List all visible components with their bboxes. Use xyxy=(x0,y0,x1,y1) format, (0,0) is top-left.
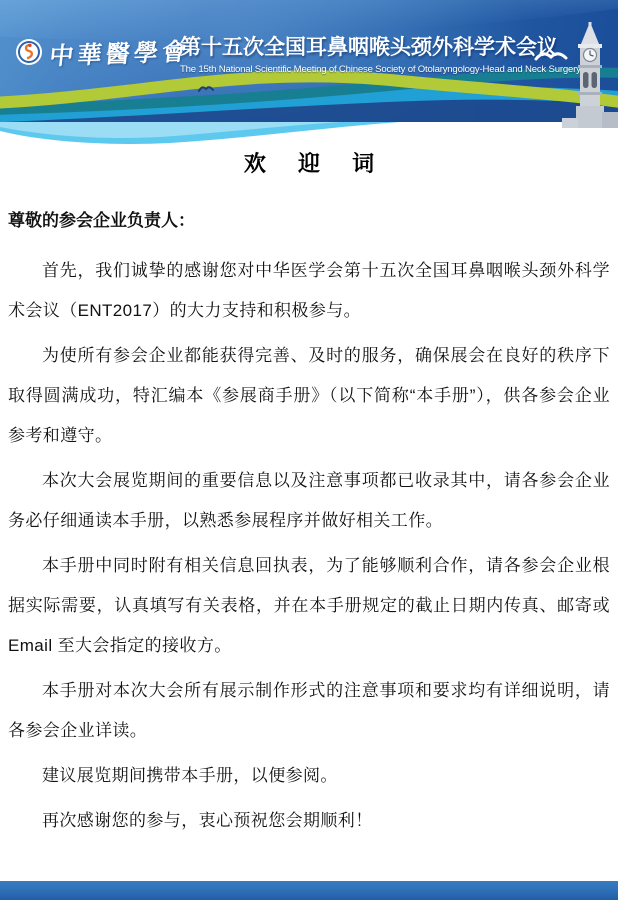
org-calligraphy-text: 中華醫學會 xyxy=(48,32,192,72)
header-banner: 中華醫學會 第十五次全国耳鼻咽喉头颈外科学术会议 The 15th Nation… xyxy=(0,0,618,122)
paragraph: 首先，我们诚挚的感谢您对中华医学会第十五次全国耳鼻咽喉头颈外科学术会议（ENT2… xyxy=(8,251,610,331)
paragraph: 建议展览期间携带本手册，以便参阅。 xyxy=(8,756,610,796)
logo-serpent-glyph xyxy=(20,43,38,61)
welcome-page: 中華醫學會 第十五次全国耳鼻咽喉头颈外科学术会议 The 15th Nation… xyxy=(0,0,618,900)
paragraph: 为使所有参会企业都能获得完善、及时的服务，确保展会在良好的秩序下取得圆满成功，特… xyxy=(8,336,610,456)
paragraph: 再次感谢您的参与，衷心预祝您会期顺利！ xyxy=(8,801,610,841)
footer-bar xyxy=(0,881,618,900)
banner-titles: 第十五次全国耳鼻咽喉头颈外科学术会议 The 15th National Sci… xyxy=(180,31,550,75)
small-bird-icon xyxy=(198,84,214,93)
paragraph: 本次大会展览期间的重要信息以及注意事项都已收录其中，请各参会企业务必仔细通读本手… xyxy=(8,461,610,541)
wave-swoosh-graphic xyxy=(0,122,618,152)
body-paragraphs: 首先，我们诚挚的感谢您对中华医学会第十五次全国耳鼻咽喉头颈外科学术会议（ENT2… xyxy=(8,251,610,841)
document-body: 欢 迎 词 尊敬的参会企业负责人： 首先，我们诚挚的感谢您对中华医学会第十五次全… xyxy=(0,140,618,900)
conference-title-en: The 15th National Scientific Meeting of … xyxy=(180,64,550,75)
logo-row: 中華醫學會 xyxy=(16,34,190,69)
paragraph: 本手册对本次大会所有展示制作形式的注意事项和要求均有详细说明，请各参会企业详读。 xyxy=(8,671,610,751)
cma-logo-icon xyxy=(16,39,42,65)
paragraph: 本手册中同时附有相关信息回执表，为了能够顺利合作，请各参会企业根据实际需要，认真… xyxy=(8,546,610,666)
clock-tower-image xyxy=(562,22,618,128)
conference-title-cn: 第十五次全国耳鼻咽喉头颈外科学术会议 xyxy=(180,31,550,61)
seagull-icon xyxy=(534,48,568,63)
salutation: 尊敬的参会企业负责人： xyxy=(8,209,610,233)
